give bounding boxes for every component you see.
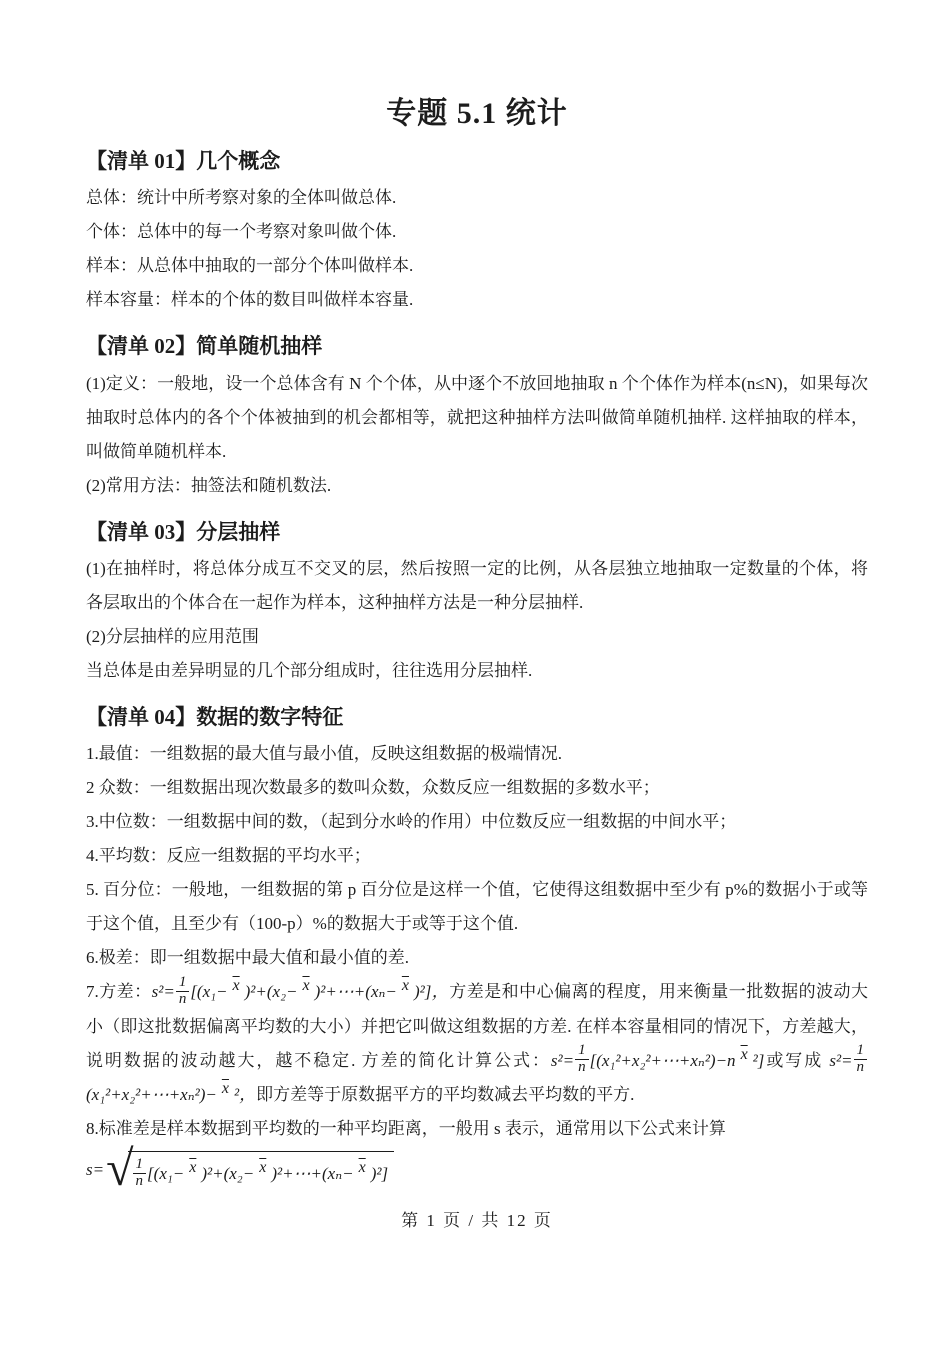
math-s-equals: s=: [86, 1160, 104, 1179]
x-bar-symbol: x: [222, 1073, 229, 1105]
radicand: 1n[(x₁−x)²+(x₂−x)²+⋯+(xₙ−x)²]: [128, 1151, 395, 1191]
fraction-one-over-n: 1n: [575, 1043, 589, 1076]
section-heading-simple-random-sampling: 【清单 02】简单随机抽样: [86, 333, 868, 360]
math-token: ²，: [234, 1085, 256, 1104]
paragraph-srs-methods: (2)常用方法：抽签法和随机数法.: [86, 469, 868, 503]
paragraph-mean: 4.平均数：反应一组数据的平均水平；: [86, 839, 868, 873]
fraction-one-over-n: 1n: [133, 1157, 147, 1190]
x-bar-symbol: x: [233, 970, 240, 1002]
x-bar-symbol: x: [741, 1039, 748, 1071]
document-page: 专题 5.1 统计 【清单 01】几个概念 总体：统计中所考察对象的全体叫做总体…: [0, 0, 952, 1347]
math-token: )²+⋯+(xₙ−: [315, 982, 397, 1001]
paragraph-range: 6.极差：即一组数据中最大值和最小值的差.: [86, 941, 868, 975]
x-bar-symbol: x: [302, 970, 309, 1002]
square-root: √1n[(x₁−x)²+(x₂−x)²+⋯+(xₙ−x)²]: [106, 1150, 394, 1193]
paragraph-extreme-values: 1.最值：一组数据的最大值与最小值，反映这组数据的极端情况.: [86, 737, 868, 771]
paragraph-sample-size: 样本容量：样本的个体的数目叫做样本容量.: [86, 283, 868, 317]
section-heading-stratified-sampling: 【清单 03】分层抽样: [86, 519, 868, 546]
math-token: ²]: [753, 1051, 765, 1070]
paragraph-stratified-scope: 当总体是由差异明显的几个部分组成时，往往选用分层抽样.: [86, 654, 868, 688]
fraction-numerator: 1: [133, 1157, 147, 1174]
x-bar-symbol: x: [359, 1152, 366, 1184]
x-bar-symbol: x: [259, 1152, 266, 1184]
math-s-squared-equals: s²=: [829, 1051, 852, 1070]
page-footer: 第 1 页 / 共 12 页: [86, 1206, 868, 1231]
standard-deviation-formula: s=√1n[(x₁−x)²+(x₂−x)²+⋯+(xₙ−x)²]: [86, 1150, 868, 1193]
fraction-numerator: 1: [575, 1043, 589, 1060]
math-token: [(x₁−: [190, 982, 227, 1001]
math-token: [(x₁²+x₂²+⋯+xₙ²)−n: [590, 1051, 736, 1070]
paragraph-percentile: 5. 百分位：一般地，一组数据的第 p 百分位是这样一个值，它使得这组数据中至少…: [86, 873, 868, 941]
paragraph-variance: 7.方差：s²=1n[(x₁−x)²+(x₂−x)²+⋯+(xₙ−x)²]，方差…: [86, 975, 868, 1112]
fraction-one-over-n: 1n: [176, 975, 190, 1008]
paragraph-standard-deviation: 8.标准差是样本数据到平均数的一种平均距离，一般用 s 表示，通常用以下公式来计…: [86, 1112, 868, 1146]
fraction-denominator: n: [133, 1174, 147, 1190]
section-heading-numeric-features: 【清单 04】数据的数字特征: [86, 704, 868, 731]
x-bar-symbol: x: [189, 1152, 196, 1184]
paragraph-median: 3.中位数：一组数据中间的数，（起到分水岭的作用）中位数反应一组数据的中间水平；: [86, 805, 868, 839]
math-token: (x₁²+x₂²+⋯+xₙ²)−: [86, 1085, 217, 1104]
fraction-one-over-n: 1n: [854, 1043, 868, 1076]
section-heading-concepts: 【清单 01】几个概念: [86, 148, 868, 175]
fraction-denominator: n: [176, 992, 190, 1008]
paragraph-stratified-definition: (1)在抽样时，将总体分成互不交叉的层，然后按照一定的比例，从各层独立地抽取一定…: [86, 552, 868, 620]
variance-lead: 7.方差：: [86, 982, 152, 1001]
paragraph-mode: 2 众数：一组数据出现次数最多的数叫众数，众数反应一组数据的多数水平；: [86, 771, 868, 805]
fraction-denominator: n: [575, 1060, 589, 1076]
variance-or-written-as: 或写成: [764, 1051, 829, 1070]
fraction-numerator: 1: [176, 975, 190, 992]
page-title: 专题 5.1 统计: [86, 88, 868, 132]
paragraph-srs-definition: (1)定义：一般地，设一个总体含有 N 个个体，从中逐个不放回地抽取 n 个个体…: [86, 367, 868, 469]
radical-icon: √: [106, 1147, 133, 1190]
paragraph-sample: 样本：从总体中抽取的一部分个体叫做样本.: [86, 249, 868, 283]
math-token: [(x₁−: [147, 1164, 184, 1183]
paragraph-stratified-scope-title: (2)分层抽样的应用范围: [86, 620, 868, 654]
math-token: )²+(x₂−: [201, 1164, 254, 1183]
x-bar-symbol: x: [402, 970, 409, 1002]
math-token: )²+(x₂−: [245, 982, 298, 1001]
math-token: )²]，: [414, 982, 449, 1001]
fraction-denominator: n: [854, 1060, 868, 1076]
paragraph-population: 总体：统计中所考察对象的全体叫做总体.: [86, 181, 868, 215]
variance-tail: 即方差等于原数据平方的平均数减去平均数的平方.: [256, 1085, 634, 1104]
math-token: )²+⋯+(xₙ−: [271, 1164, 353, 1183]
fraction-numerator: 1: [854, 1043, 868, 1060]
math-s-squared-equals: s²=: [152, 982, 175, 1001]
math-s-squared-equals: s²=: [551, 1051, 574, 1070]
math-token: )²]: [371, 1164, 388, 1183]
paragraph-individual: 个体：总体中的每一个考察对象叫做个体.: [86, 215, 868, 249]
